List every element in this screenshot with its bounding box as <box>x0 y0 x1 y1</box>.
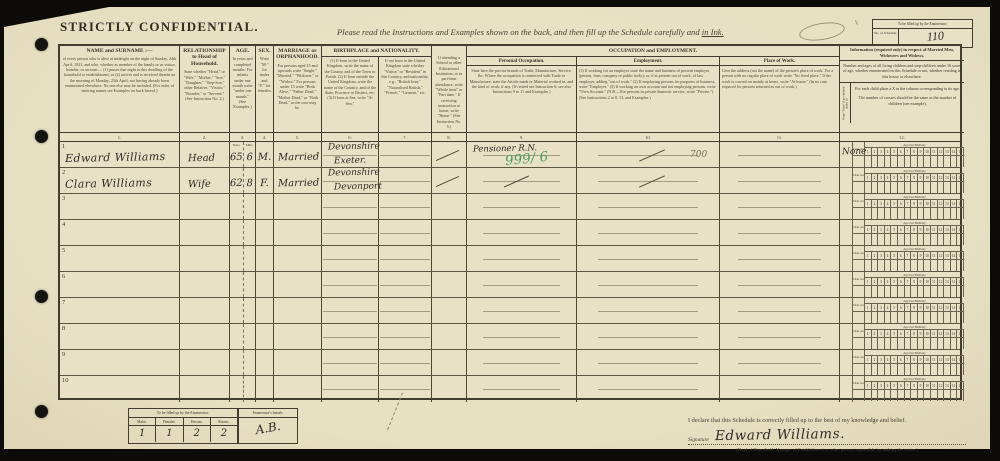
children-side-strip <box>840 324 853 349</box>
enumerator-col-label: Females. <box>156 418 183 426</box>
age-column-11: 11 <box>931 382 938 389</box>
age-column-12: 12 <box>938 252 945 259</box>
age-column-10: 10 <box>924 278 931 285</box>
age-column-11: 11 <box>931 330 938 337</box>
name-cell: Edward Williams <box>60 142 180 167</box>
age-mark-cell <box>878 286 885 297</box>
age-column-2: 2 <box>872 252 879 259</box>
birthplace-cell <box>322 272 379 297</box>
name-handwriting: Edward Williams <box>65 150 166 165</box>
age-mark-cell <box>872 390 879 401</box>
schedule-row: 4Age last BirthdayUnder one1234567891011… <box>60 220 960 246</box>
age-column-7: 7 <box>905 148 912 155</box>
age-mark-cell <box>944 208 951 219</box>
age-mark-cell <box>944 156 951 167</box>
name-cell <box>60 272 180 297</box>
age-cell <box>230 324 256 349</box>
col-header-children: Information (required only) in respect o… <box>840 46 964 132</box>
birthplace-cell <box>322 324 379 349</box>
col-header-birthplace: (1) If born in the United Kingdom, write… <box>322 57 379 132</box>
age-mark-cell <box>865 182 872 193</box>
nationality-cell <box>379 376 432 402</box>
marriage-col-body: For persons aged 15 and upwards write "S… <box>276 63 319 111</box>
age-column-9: 9 <box>918 382 925 389</box>
col-num-3: 3. <box>230 132 256 142</box>
age-months-cell <box>243 194 256 219</box>
sex-cell <box>256 350 274 375</box>
age-column-3: 3 <box>878 278 885 285</box>
children-side-strip <box>840 376 853 402</box>
occupation-col-body: State here the precise branch of Trade, … <box>469 68 574 95</box>
age-mark-cell <box>891 234 898 245</box>
relationship-cell: Wife <box>180 168 230 193</box>
col-num-6: 6. <box>322 132 379 142</box>
age-mark-cell <box>924 390 931 401</box>
age-column-2: 2 <box>872 356 879 363</box>
relationship-cell <box>180 272 230 297</box>
age-months-cell <box>243 324 256 349</box>
children-side-column: Write "None" if no children under 16. <box>840 83 851 123</box>
age-mark-cell <box>918 286 925 297</box>
age-column-9: 9 <box>918 200 925 207</box>
age-column-6: 6 <box>898 304 905 311</box>
age-column-9: 9 <box>918 226 925 233</box>
age-mark-cell <box>905 234 912 245</box>
under-one-cell: Under one <box>853 226 865 233</box>
age-column-11: 11 <box>931 252 938 259</box>
col-num-12: 12. <box>840 132 964 142</box>
age-column-2: 2 <box>872 148 879 155</box>
age-column-8: 8 <box>911 356 918 363</box>
marriage-cell <box>274 246 322 271</box>
marriage-cell: Married <box>274 142 322 167</box>
education-cell <box>432 298 467 323</box>
children-cell: Age last BirthdayUnder one12345678910111… <box>840 142 964 167</box>
nationality-cell <box>379 298 432 323</box>
age-column-11: 11 <box>931 174 938 181</box>
age-mark-cell <box>924 208 931 219</box>
schedule-row: 9Age last BirthdayUnder one1234567891011… <box>60 350 960 376</box>
children-cell: Age last BirthdayUnder one12345678910111… <box>840 350 964 375</box>
age-column-3: 3 <box>878 330 885 337</box>
enumerator-box-columns: Males.Females.Persons.Rooms. <box>129 418 237 426</box>
place-of-work-cell <box>720 350 840 375</box>
under-one-cell: Under one <box>853 304 865 311</box>
age-mark-cell <box>885 390 892 401</box>
age-column-15: 15 <box>957 148 964 155</box>
marriage-cell: Married <box>274 168 322 193</box>
age-column-13: 13 <box>944 200 951 207</box>
age-mark-cell <box>918 390 925 401</box>
age-column-4: 4 <box>885 226 892 233</box>
age-mark-cell <box>911 312 918 323</box>
age-mark-cell <box>951 182 958 193</box>
col-num-5: 5. <box>274 132 322 142</box>
age-column-11: 11 <box>931 278 938 285</box>
age-column-3: 3 <box>878 356 885 363</box>
children-age-grid: Age last BirthdayUnder one12345678910111… <box>853 194 964 219</box>
under-one-cell: Under one <box>853 278 865 285</box>
age-mark-cell <box>865 286 872 297</box>
age-mark-cell <box>957 390 964 401</box>
age-mark-cell <box>872 156 879 167</box>
birthplace-cell <box>322 246 379 271</box>
enumerator-value-handwriting: 1 <box>129 426 156 442</box>
education-cell <box>432 220 467 245</box>
instruction-text: Please read the Instructions and Example… <box>337 27 702 37</box>
age-mark-cell <box>951 364 958 375</box>
age-column-4: 4 <box>885 148 892 155</box>
birthplace-town-handwriting: Devonport <box>334 181 382 192</box>
sex-handwriting: M. <box>256 152 273 163</box>
age-months-cell <box>243 246 256 271</box>
col-num-9: 9. <box>467 132 577 142</box>
age-column-5: 5 <box>891 330 898 337</box>
col-header-place-of-work: Place of Work. Give the address (not the… <box>720 57 840 132</box>
instruction-emphasis: in Ink. <box>702 27 724 37</box>
age-years-cell: 65 <box>230 142 243 167</box>
age-mark-cell <box>905 338 912 349</box>
marriage-cell <box>274 350 322 375</box>
education-col-body: If attending a School or other Education… <box>434 55 464 129</box>
relationship-cell <box>180 376 230 402</box>
enumerator-value-handwriting: 2 <box>184 426 211 442</box>
age-mark-cell <box>898 312 905 323</box>
age-mark-cell <box>898 286 905 297</box>
age-column-15: 15 <box>957 278 964 285</box>
census-table: NAME and SURNAME :— of every person who … <box>58 44 962 400</box>
age-mark-cell <box>957 286 964 297</box>
age-mark-cell <box>938 390 945 401</box>
age-mark-cell <box>938 338 945 349</box>
age-column-9: 9 <box>918 252 925 259</box>
age-mark-cell <box>918 260 925 271</box>
age-mark-cell <box>885 208 892 219</box>
place-of-work-cell <box>720 272 840 297</box>
age-mark-cell <box>944 364 951 375</box>
name-cell <box>60 324 180 349</box>
sex-col-title: SEX. <box>258 48 271 54</box>
age-mark-cell <box>911 208 918 219</box>
schedule-row: 1Edward WilliamsHead656M.MarriedDevonshi… <box>60 142 960 168</box>
children-col-body: Number and ages of all living children a… <box>840 61 964 83</box>
age-mark-cell <box>931 338 938 349</box>
children-cell: Age last BirthdayUnder one12345678910111… <box>840 246 964 271</box>
age-mark-cell <box>878 208 885 219</box>
age-mark-cell <box>938 234 945 245</box>
name-cell: Clara Williams <box>60 168 180 193</box>
age-column-7: 7 <box>905 226 912 233</box>
birthplace-county-handwriting: Devonshire <box>328 141 380 152</box>
age-column-9: 9 <box>918 330 925 337</box>
employment-cell <box>577 246 720 271</box>
employment-cell <box>577 298 720 323</box>
age-column-7: 7 <box>905 382 912 389</box>
age-months-cell <box>243 350 256 375</box>
age-mark-cell <box>878 338 885 349</box>
age-mark-cell <box>957 208 964 219</box>
enumerator-initials-box: Enumerator's Initials. A.B. <box>238 408 298 444</box>
age-mark-cell <box>951 286 958 297</box>
age-column-2: 2 <box>872 226 879 233</box>
age-column-14: 14 <box>951 148 958 155</box>
age-column-6: 6 <box>898 200 905 207</box>
relationship-cell <box>180 220 230 245</box>
occupation-cell <box>467 272 577 297</box>
age-cell <box>230 376 256 402</box>
age-mark-cell <box>905 260 912 271</box>
children-cell: Age last BirthdayUnder one12345678910111… <box>840 168 964 193</box>
age-column-10: 10 <box>924 330 931 337</box>
age-column-10: 10 <box>924 174 931 181</box>
age-mark-cell <box>905 364 912 375</box>
age-column-12: 12 <box>938 174 945 181</box>
employment-cell <box>577 324 720 349</box>
age-column-14: 14 <box>951 226 958 233</box>
age-mark-cell <box>944 286 951 297</box>
green-occupation-code: 999/ 6 <box>504 149 549 169</box>
children-age-grid: Age last BirthdayUnder one12345678910111… <box>853 142 964 167</box>
name-cell <box>60 220 180 245</box>
age-mark-cell <box>885 364 892 375</box>
age-mark-cell <box>872 234 879 245</box>
age-column-5: 5 <box>891 200 898 207</box>
age-months-cell: 6 <box>243 142 256 167</box>
age-column-5: 5 <box>891 252 898 259</box>
age-mark-cell <box>931 260 938 271</box>
name-col-body: of every person who is alive at midnight… <box>62 56 177 93</box>
age-column-14: 14 <box>951 278 958 285</box>
age-column-5: 5 <box>891 356 898 363</box>
age-column-14: 14 <box>951 330 958 337</box>
col-num-10: 10. <box>577 132 720 142</box>
under-one-cell: Under one <box>853 252 865 259</box>
age-mark-cell <box>898 338 905 349</box>
age-column-7: 7 <box>905 304 912 311</box>
age-years-cell <box>230 298 243 323</box>
age-column-7: 7 <box>905 200 912 207</box>
col-num-1: 1. <box>60 132 180 142</box>
age-column-8: 8 <box>911 382 918 389</box>
age-mark-cell <box>931 364 938 375</box>
fill-in-ink-instruction: Please read the Instructions and Example… <box>337 27 724 37</box>
age-mark-cell <box>891 364 898 375</box>
relationship-handwriting: Wife <box>188 179 211 190</box>
age-mark-cell <box>924 182 931 193</box>
age-column-12: 12 <box>938 226 945 233</box>
sex-cell <box>256 324 274 349</box>
age-mark-cell <box>918 364 925 375</box>
age-mark-cell <box>957 182 964 193</box>
age-column-5: 5 <box>891 174 898 181</box>
age-mark-cell <box>905 390 912 401</box>
age-column-1: 1 <box>865 278 872 285</box>
age-column-15: 15 <box>957 330 964 337</box>
age-column-1: 1 <box>865 356 872 363</box>
age-mark-cell <box>905 208 912 219</box>
age-mark-cell <box>951 338 958 349</box>
age-column-4: 4 <box>885 252 892 259</box>
under-one-cell: Under one <box>853 330 865 337</box>
children-cell: Age last BirthdayUnder one12345678910111… <box>840 220 964 245</box>
occupation-cell <box>467 194 577 219</box>
age-mark-cell <box>905 312 912 323</box>
col-header-name: NAME and SURNAME :— of every person who … <box>60 46 180 132</box>
age-column-1: 1 <box>865 200 872 207</box>
age-column-14: 14 <box>951 252 958 259</box>
age-column-12: 12 <box>938 356 945 363</box>
children-side-strip <box>840 298 853 323</box>
children-side-note: Write "None" if no children under 16. <box>843 84 850 122</box>
name-cell <box>60 246 180 271</box>
children-side-strip <box>840 220 853 245</box>
enumerator-summary-box: To be filled up by the Enumerator. Males… <box>128 408 238 444</box>
children-cell: Age last BirthdayUnder one12345678910111… <box>840 324 964 349</box>
education-cell <box>432 376 467 402</box>
age-column-1: 1 <box>865 174 872 181</box>
age-mark-cell <box>885 286 892 297</box>
age-mark-cell <box>898 156 905 167</box>
schedule-row: 5Age last BirthdayUnder one1234567891011… <box>60 246 960 272</box>
sex-cell <box>256 246 274 271</box>
col-header-relationship: RELATIONSHIP to Head of Household. State… <box>180 46 230 132</box>
age-column-9: 9 <box>918 174 925 181</box>
age-column-11: 11 <box>931 356 938 363</box>
age-column-12: 12 <box>938 304 945 311</box>
birthplace-cell: DevonshireDevonport <box>322 168 379 193</box>
under-one-cell: Under one <box>853 174 865 181</box>
age-months-cell <box>243 376 256 402</box>
place-of-work-cell <box>720 220 840 245</box>
punch-hole <box>35 130 48 143</box>
relationship-cell <box>180 298 230 323</box>
age-column-12: 12 <box>938 200 945 207</box>
birthplace-cell <box>322 298 379 323</box>
age-mark-cell <box>924 338 931 349</box>
children-side-strip <box>840 246 853 271</box>
age-column-4: 4 <box>885 174 892 181</box>
age-column-2: 2 <box>872 382 879 389</box>
declaration-text: I declare that this Schedule is correctl… <box>688 417 966 424</box>
age-mark-cell <box>865 312 872 323</box>
age-months-cell <box>243 220 256 245</box>
age-column-11: 11 <box>931 304 938 311</box>
age-column-8: 8 <box>911 330 918 337</box>
age-mark-cell <box>905 182 912 193</box>
age-column-3: 3 <box>878 148 885 155</box>
punch-hole <box>35 405 48 418</box>
age-col-body: In years and completed months. For infan… <box>232 56 253 109</box>
age-column-13: 13 <box>944 252 951 259</box>
age-column-1: 1 <box>865 330 872 337</box>
relationship-handwriting: Head <box>188 153 215 165</box>
under-one-cell: Under one <box>853 200 865 207</box>
age-mark-cell <box>878 156 885 167</box>
sex-handwriting: F. <box>256 178 273 189</box>
sex-col-body: Write "M." for males and "F." for female… <box>258 56 271 93</box>
age-column-15: 15 <box>957 226 964 233</box>
age-mark-cell <box>911 286 918 297</box>
occupation-cell <box>467 376 577 402</box>
age-column-13: 13 <box>944 226 951 233</box>
children-age-grid: Age last BirthdayUnder one12345678910111… <box>853 272 964 297</box>
age-mark-cell <box>885 234 892 245</box>
age-column-3: 3 <box>878 200 885 207</box>
col-header-nationality: If not born in the United Kingdom state … <box>379 57 432 132</box>
birthplace-col-body: (1) If born in the United Kingdom, write… <box>324 58 376 106</box>
age-mark-cell <box>898 208 905 219</box>
occupation-cell <box>467 168 577 193</box>
children-age-grid: Age last BirthdayUnder one12345678910111… <box>853 168 964 193</box>
children-cell: Age last BirthdayUnder one12345678910111… <box>840 298 964 323</box>
confidential-heading: STRICTLY CONFIDENTIAL. <box>60 19 259 35</box>
age-cell <box>230 220 256 245</box>
age-mark-cell <box>885 260 892 271</box>
age-column-4: 4 <box>885 330 892 337</box>
age-mark-cell <box>931 390 938 401</box>
birthplace-cell <box>322 220 379 245</box>
children-cell: Age last BirthdayUnder one12345678910111… <box>840 272 964 297</box>
scanned-census-schedule: { "banner": { "confidential": "STRICTLY … <box>0 0 1000 461</box>
enumerator-value-handwriting: 2 <box>211 426 237 442</box>
nationality-cell <box>379 142 432 167</box>
children-age-grid: Age last BirthdayUnder one12345678910111… <box>853 246 964 271</box>
col-num-11: 11. <box>720 132 840 142</box>
enumerator-col-label: Males. <box>129 418 156 426</box>
signature-label: Signature <box>688 437 709 443</box>
age-cell: 628 <box>230 168 256 193</box>
age-mark-cell <box>878 390 885 401</box>
children-age-grid: Age last BirthdayUnder one12345678910111… <box>853 324 964 349</box>
sex-cell: M. <box>256 142 274 167</box>
age-column-15: 15 <box>957 304 964 311</box>
education-cell <box>432 246 467 271</box>
age-mark-cell <box>872 312 879 323</box>
age-mark-cell <box>924 234 931 245</box>
age-mark-cell <box>891 312 898 323</box>
age-mark-cell <box>891 260 898 271</box>
age-column-10: 10 <box>924 356 931 363</box>
age-column-6: 6 <box>898 356 905 363</box>
age-mark-cell <box>878 182 885 193</box>
occupation-cell <box>467 298 577 323</box>
age-mark-cell <box>918 234 925 245</box>
age-column-13: 13 <box>944 148 951 155</box>
age-mark-cell <box>885 338 892 349</box>
age-column-6: 6 <box>898 148 905 155</box>
schedule-row: 2Clara WilliamsWife628F.MarriedDevonshir… <box>60 168 960 194</box>
age-column-1: 1 <box>865 252 872 259</box>
age-column-13: 13 <box>944 278 951 285</box>
marriage-cell <box>274 220 322 245</box>
enumerator-box-values: 1122 <box>129 426 237 442</box>
name-cell <box>60 350 180 375</box>
age-mark-cell <box>951 312 958 323</box>
relationship-cell <box>180 246 230 271</box>
age-years-cell <box>230 272 243 297</box>
age-mark-cell <box>865 364 872 375</box>
col-num-4: 4. <box>256 132 274 142</box>
age-mark-cell <box>865 234 872 245</box>
nationality-cell <box>379 194 432 219</box>
birthplace-town-handwriting: Exeter. <box>334 156 366 167</box>
age-column-15: 15 <box>957 252 964 259</box>
age-column-1: 1 <box>865 226 872 233</box>
age-column-15: 15 <box>957 356 964 363</box>
age-mark-cell <box>944 260 951 271</box>
relationship-cell <box>180 194 230 219</box>
schedule-row: 10Age last BirthdayUnder one123456789101… <box>60 376 960 402</box>
